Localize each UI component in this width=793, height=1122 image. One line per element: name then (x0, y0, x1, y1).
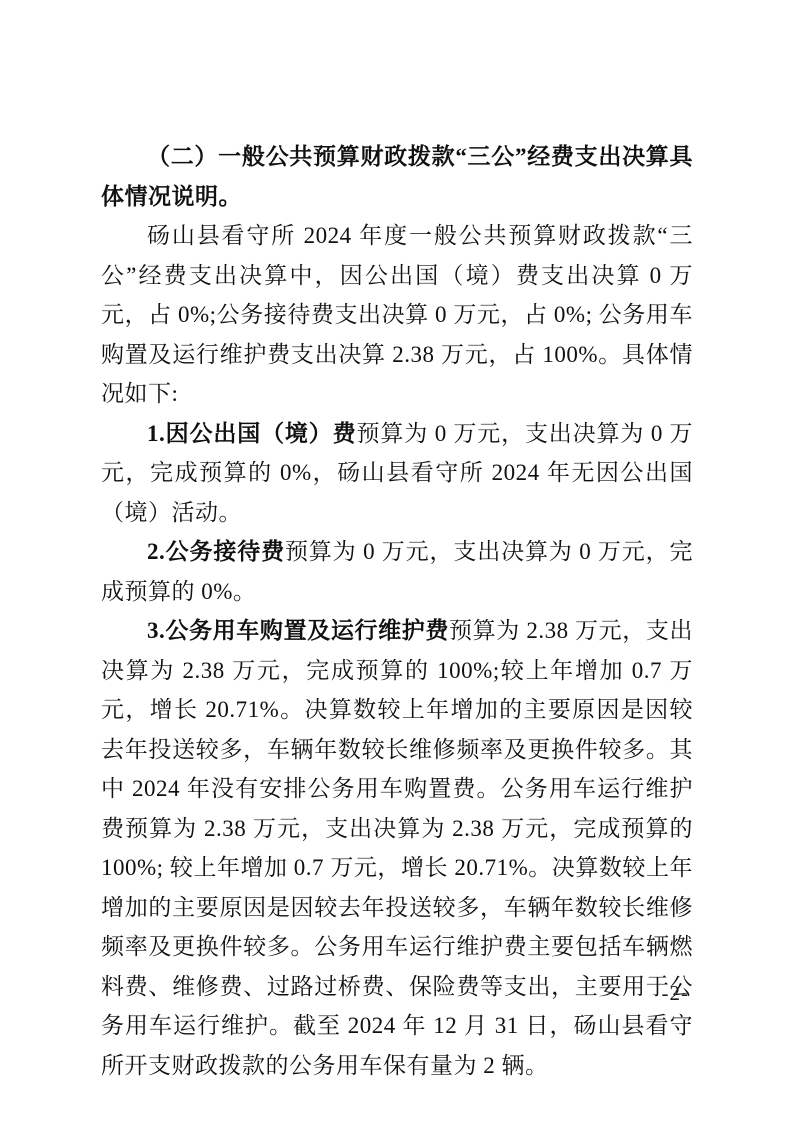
item-1-lead: 1.因公出国（境）费 (147, 421, 357, 446)
document-body: （二）一般公共预算财政拨款“三公”经费支出决算具体情况说明。 砀山县看守所 20… (101, 137, 693, 1085)
item-3-lead: 3.公务用车购置及运行维护费 (147, 618, 449, 643)
item-paragraph-2: 2.公务接待费预算为 0 万元，支出决算为 0 万元，完成预算的 0%。 (101, 532, 693, 611)
page-number: -2- (662, 981, 690, 1006)
item-3-text: 预算为 2.38 万元，支出决算为 2.38 万元，完成预算的 100%;较上年… (101, 618, 693, 1078)
section-heading: （二）一般公共预算财政拨款“三公”经费支出决算具体情况说明。 (101, 137, 693, 216)
item-2-lead: 2.公务接待费 (147, 539, 285, 564)
intro-paragraph: 砀山县看守所 2024 年度一般公共预算财政拨款“三公”经费支出决算中，因公出国… (101, 216, 693, 414)
item-paragraph-3: 3.公务用车购置及运行维护费预算为 2.38 万元，支出决算为 2.38 万元，… (101, 611, 693, 1085)
document-page: （二）一般公共预算财政拨款“三公”经费支出决算具体情况说明。 砀山县看守所 20… (0, 0, 793, 1122)
item-paragraph-1: 1.因公出国（境）费预算为 0 万元，支出决算为 0 万元，完成预算的 0%，砀… (101, 414, 693, 533)
